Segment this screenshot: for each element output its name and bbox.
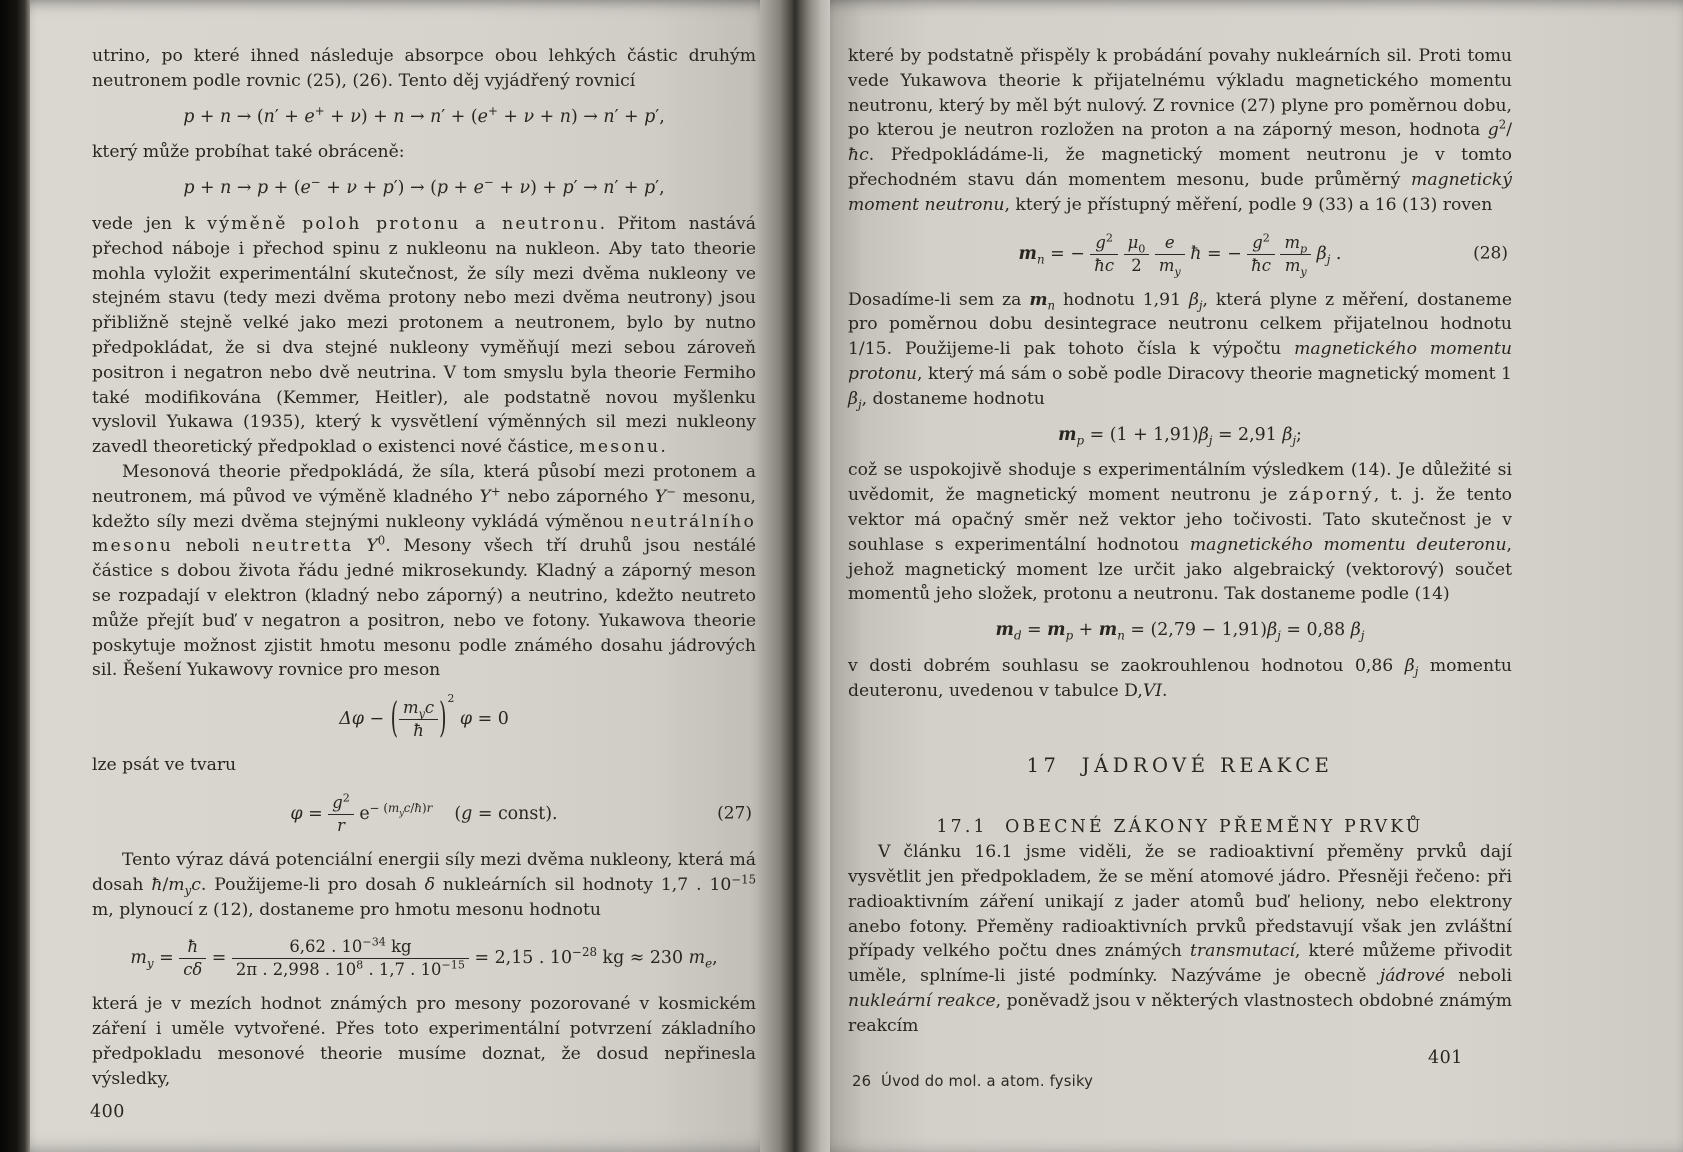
- paragraph-utrino: utrino, po které ihned následuje absorpc…: [92, 44, 756, 94]
- equation-27-number: (27): [717, 802, 752, 827]
- equation-28-body: mn = − g2ħc μ02 emy ħ = − g2ħc mpmy βj .: [1019, 244, 1342, 264]
- paragraph-tento: Tento výraz dává potenciální energii síl…: [92, 848, 756, 922]
- paragraph-lze: lze psát ve tvaru: [92, 753, 756, 778]
- equation-reaction-backward: p + n → p + (e− + ν + p′) → (p + e− + ν)…: [92, 176, 756, 201]
- equation-meson-mass: my = ħcδ = 6,62 . 10−34 kg2π . 2,998 . 1…: [92, 937, 756, 980]
- paragraph-vede: vede jen k výměně poloh protonu a neutro…: [92, 212, 756, 460]
- book-scan: utrino, po které ihned následuje absorpc…: [0, 0, 1683, 1152]
- section-heading: 17.1 OBECNÉ ZÁKONY PŘEMĚNY PRVKŮ: [848, 815, 1512, 840]
- equation-proton-moment: mp = (1 + 1,91)βj = 2,91 βj;: [848, 423, 1512, 448]
- equation-27-body: φ = g2r e− (myc/ħ)r (g = const).: [290, 804, 557, 824]
- paragraph-coz: což se uspokojivě shoduje s experimentál…: [848, 458, 1512, 607]
- binding-gutter: [760, 0, 830, 1152]
- equation-wave: Δφ − (mycħ)2 φ = 0: [92, 698, 756, 741]
- equation-deuteron-moment: md = mp + mn = (2,79 − 1,91)βj = 0,88 βj: [848, 618, 1512, 643]
- printers-signature-note: 26 Úvod do mol. a atom. fysiky: [852, 1073, 1093, 1090]
- chapter-heading: 17 JÁDROVÉ REAKCE: [848, 754, 1512, 779]
- equation-27: φ = g2r e− (myc/ħ)r (g = const). (27): [92, 793, 756, 836]
- page-number-400: 400: [90, 1102, 125, 1122]
- page-number-401: 401: [1428, 1048, 1463, 1068]
- paragraph-vclanku: V článku 16.1 jsme viděli, že se radioak…: [848, 840, 1512, 1038]
- equation-28-number: (28): [1473, 242, 1508, 267]
- page-401-text-column: které by podstatně přispěly k probádání …: [848, 44, 1512, 1039]
- equation-reaction-forward: p + n → (n′ + e+ + ν) + n → n′ + (e+ + ν…: [92, 105, 756, 130]
- page-400-text-column: utrino, po které ihned následuje absorpc…: [92, 44, 756, 1092]
- page-400: utrino, po které ihned následuje absorpc…: [30, 0, 760, 1152]
- paragraph-ktera: která je v mezích hodnot známých pro mes…: [92, 992, 756, 1091]
- page-401: které by podstatně přispěly k probádání …: [830, 0, 1683, 1152]
- book-fore-edge: [0, 0, 30, 1152]
- paragraph-dosadime: Dosadíme-li sem za mn hodnotu 1,91 βj, k…: [848, 288, 1512, 412]
- paragraph-vdosti: v dosti dobrém souhlasu se zaokrouhlenou…: [848, 654, 1512, 704]
- paragraph-mesonova: Mesonová theorie předpokládá, že síla, k…: [92, 460, 756, 683]
- equation-28: mn = − g2ħc μ02 emy ħ = − g2ħc mpmy βj .…: [848, 233, 1512, 276]
- paragraph-ktere: které by podstatně přispěly k probádání …: [848, 44, 1512, 218]
- paragraph-obracene: který může probíhat také obráceně:: [92, 140, 756, 165]
